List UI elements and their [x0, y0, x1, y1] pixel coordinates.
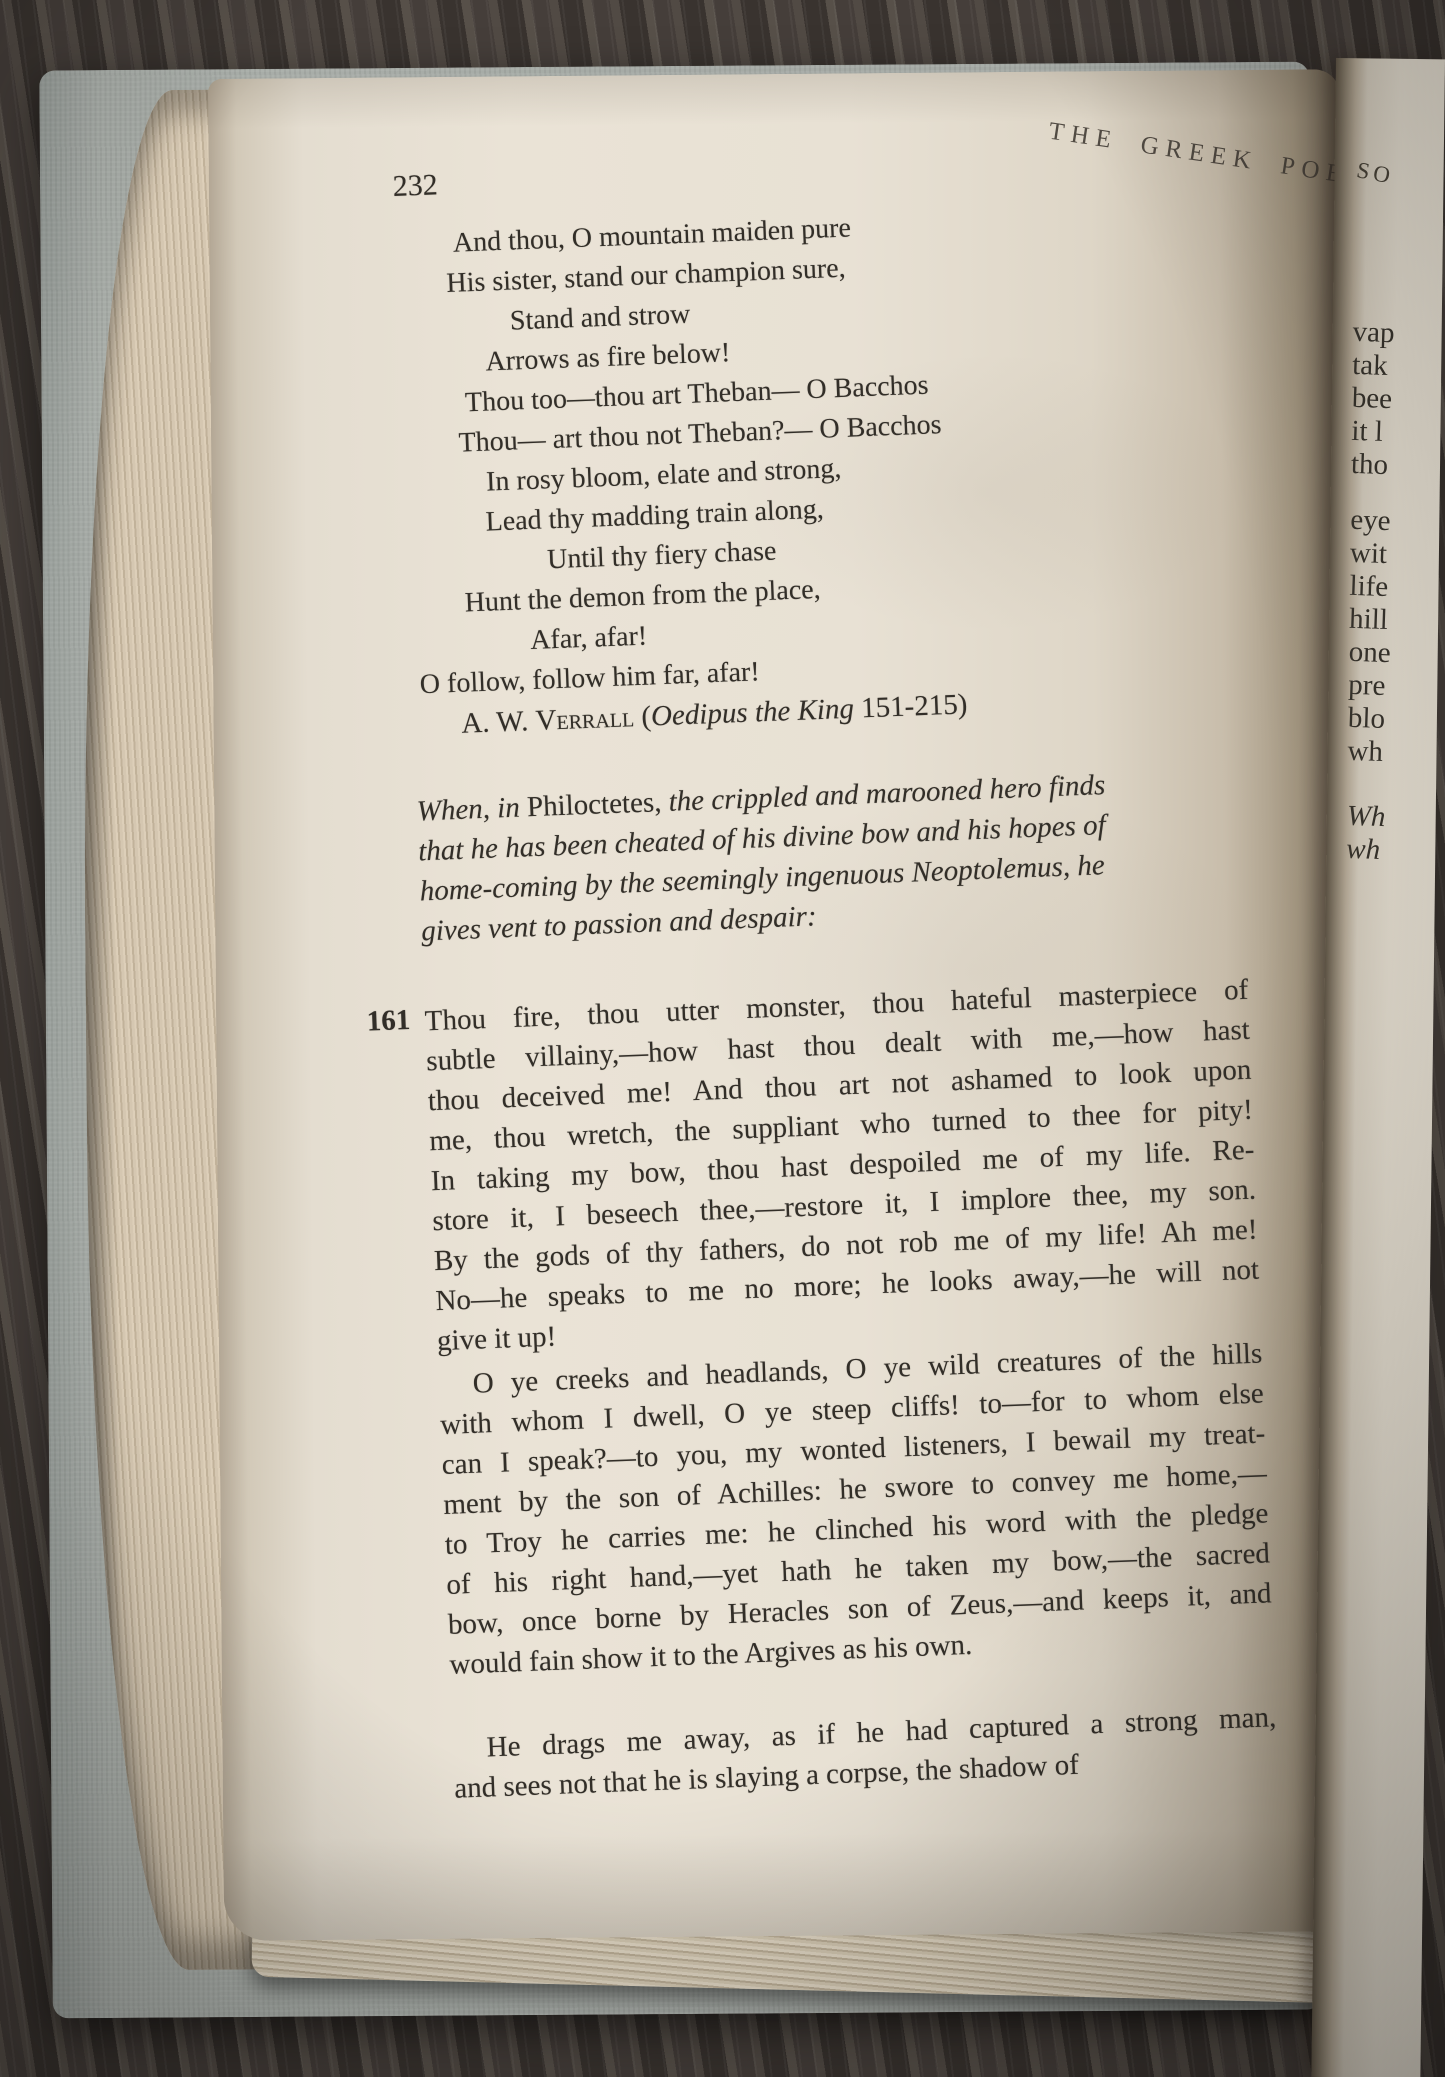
right-page-text-fragment: bee	[1351, 382, 1392, 416]
right-page-text-fragment: Wh	[1346, 800, 1386, 834]
right-page-text-fragment: life	[1349, 570, 1389, 604]
right-page-text-fragment: one	[1348, 636, 1391, 670]
prose-paragraph-2: O ye creeks and headlands, O ye wild cre…	[438, 1333, 1274, 1684]
attribution-run: 151-215)	[853, 688, 968, 724]
intro-paragraph: When, in Philoctetes, the crippled and m…	[416, 760, 1246, 952]
right-page-text-fragment: wh	[1346, 833, 1381, 867]
right-page-text-fragment: blo	[1347, 702, 1385, 736]
left-page-text: 232 And thou, O mountain maiden pureHis …	[392, 136, 1278, 1808]
right-page-text-fragment: hill	[1349, 603, 1389, 637]
attribution-run: A. W.	[461, 705, 536, 740]
right-page-text-fragment: it l	[1351, 415, 1383, 449]
photo-of-open-book: { "colors":{"paper":"#e9e2d4","cover_clo…	[0, 0, 1445, 2077]
right-page-text-fragment: tak	[1352, 349, 1389, 383]
attribution-run: (	[634, 700, 652, 733]
prose-paragraph-1: Thou fire, thou utter monster, thou hate…	[424, 970, 1261, 1361]
attribution-run: Oedipus the King	[650, 693, 854, 733]
right-page-text-fragment: vap	[1352, 316, 1395, 350]
text-run: Philoctetes,	[526, 786, 662, 823]
right-page-text-fragment: eye	[1350, 504, 1391, 538]
right-page: SO vaptakbeeit lthoeyewitlifehillonepreb…	[1311, 58, 1445, 2077]
right-page-text-fragment: pre	[1348, 669, 1386, 703]
poem-block: And thou, O mountain maiden pureHis sist…	[394, 194, 1236, 705]
attribution-run: Verrall	[535, 701, 635, 737]
section-161: 161 Thou fire, thou utter monster, thou …	[424, 970, 1278, 1809]
right-page-text-fragment: wh	[1347, 735, 1384, 769]
right-page-text-fragment: wit	[1349, 537, 1387, 571]
right-page-header-fragment: SO	[1355, 157, 1397, 189]
right-page-text-fragment: tho	[1350, 448, 1388, 482]
right-page-edge-text: vaptakbeeit lthoeyewitlifehillonepreblow…	[1336, 58, 1445, 59]
text-run: When, in	[416, 791, 527, 827]
section-number: 161	[366, 1004, 411, 1039]
